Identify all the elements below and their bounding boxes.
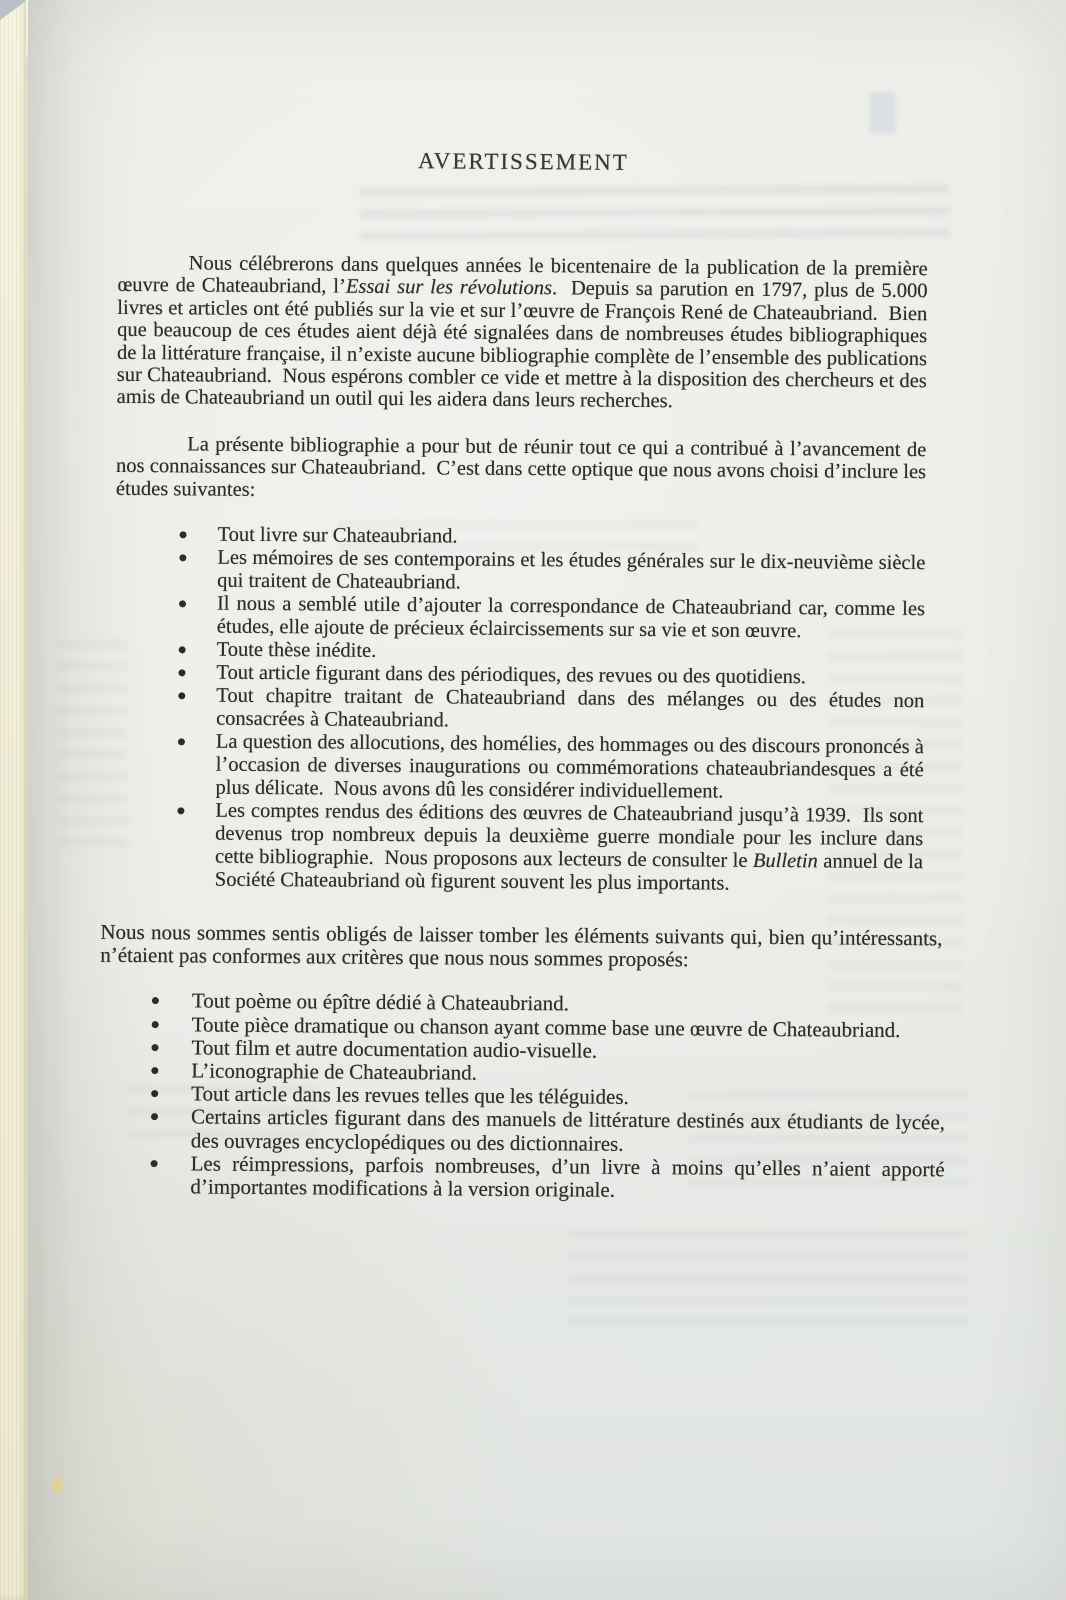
bleed-through-ghost [568, 1230, 968, 1335]
list-item: Il nous a semblé utile d’ajouter la corr… [115, 592, 925, 644]
list-item: La question des allocutions, des homélie… [113, 730, 924, 805]
book-photo: AVERTISSEMENT Nous célébrerons dans quel… [0, 0, 1066, 1600]
italic-text: Essai sur les révolutions [346, 276, 552, 300]
text-segment: Tout chapitre traitant de Chateaubriand … [216, 685, 929, 732]
list-item: Certains articles figurant dans des manu… [99, 1105, 945, 1158]
text-segment: La présente bibliographie a pour but de … [116, 433, 932, 500]
italic-text: Bulletin [753, 850, 818, 873]
bullet-list: Tout livre sur Chateaubriand.Les mémoire… [113, 523, 926, 897]
text-segment: Tout livre sur Chateaubriand. [217, 524, 457, 548]
list-item: Les mémoires de ses contemporains et les… [115, 546, 925, 598]
text-segment: Les réimpressions, parfois nombreuses, d… [190, 1151, 950, 1202]
text-segment: La question des allocutions, des homélie… [215, 731, 929, 803]
paragraph: Nous célébrerons dans quelques années le… [117, 252, 928, 415]
text-segment: Nous nous sommes sentis obligés de laiss… [100, 920, 948, 972]
text-segment: Toute thèse inédite. [217, 639, 377, 662]
page-title: AVERTISSEMENT [118, 145, 928, 179]
text-segment: Il nous a semblé utile d’ajouter la corr… [217, 593, 930, 643]
bullet-list: Tout poème ou épître dédié à Chateaubria… [98, 989, 946, 1204]
text-segment: Tout article figurant dans des périodiqu… [216, 662, 806, 689]
page-edge-strip [0, 0, 28, 1600]
text-segment: Les mémoires de ses contemporains et les… [217, 547, 930, 594]
list-item: Tout chapitre traitant de Chateaubriand … [114, 684, 924, 736]
book-page: AVERTISSEMENT Nous célébrerons dans quel… [28, 0, 1066, 1600]
paragraph: Nous nous sommes sentis obligés de laiss… [100, 921, 942, 974]
document-blocks: Nous célébrerons dans quelques années le… [110, 252, 927, 1205]
text-segment: L’iconographie de Chateaubriand. [191, 1059, 477, 1085]
paragraph: La présente bibliographie a pour but de … [116, 433, 927, 507]
paper-stain [52, 1478, 63, 1492]
list-item: Les réimpressions, parfois nombreuses, d… [98, 1152, 944, 1205]
page-body: AVERTISSEMENT Nous célébrerons dans quel… [110, 0, 929, 1204]
list-item: Les comptes rendus des éditions des œuvr… [113, 799, 924, 897]
text-segment: Certains articles figurant dans des manu… [191, 1105, 951, 1156]
